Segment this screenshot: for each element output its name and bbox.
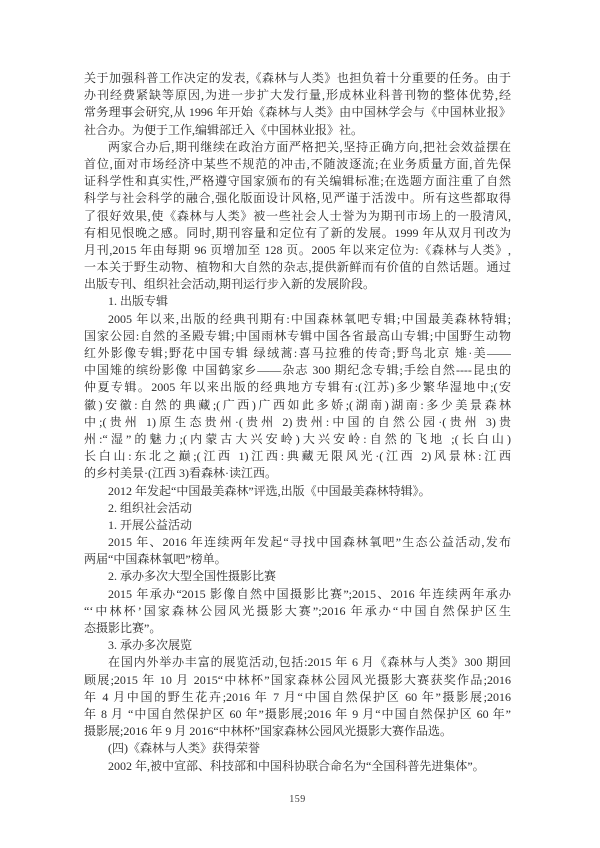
text-line: 州:“湿”的魅力;(内蒙古大兴安岭)大兴安岭:自然的飞地 ;(长白山)	[84, 431, 511, 448]
text-line: (四)《森林与人类》获得荣誉	[84, 740, 511, 757]
text-line: 出版专刊、组织社会活动,期刊运行步入新的发展阶段。	[84, 276, 511, 293]
text-line: 年 8 月 “中国自然保护区 60 年”摄影展;2016 年 9 月“中国自然保…	[84, 706, 511, 723]
text-line: 中国雉的缤纷影像 中国鹤家乡——杂志 300 期纪念专辑;手绘自然----昆虫的	[84, 362, 511, 379]
text-line: 2012 年发起“中国最美森林”评选,出版《中国最美森林特辑》。	[84, 483, 511, 500]
text-line: 一本关于野生动物、植物和大自然的杂志,提供新鲜而有价值的自然话题。通过	[84, 259, 511, 276]
text-line: 2. 承办多次大型全国性摄影比赛	[84, 568, 511, 585]
text-line: 2015 年承办“2015 影像自然中国摄影比赛”;2015、2016 年连续两…	[84, 586, 511, 603]
document-page: 关于加强科普工作决定的发表,《森林与人类》也担负着十分重要的任务。由于办刊经费紧…	[0, 0, 600, 848]
page-footer: 159	[84, 789, 511, 807]
body-text: 关于加强科普工作决定的发表,《森林与人类》也担负着十分重要的任务。由于办刊经费紧…	[84, 70, 511, 775]
text-line: 1. 开展公益活动	[84, 517, 511, 534]
text-line: 红外影像专辑;野花中国专辑 绿绒蒿:喜马拉雅的传奇;野鸟北京 雉·美——	[84, 345, 511, 362]
text-line: 徽)安徽:自然的典藏;(广西)广西如此多娇;(湖南)湖南:多少美景森林	[84, 397, 511, 414]
text-line: “‘中林杯’国家森林公园风光摄影大赛”;2016 年承办“中国自然保护区生	[84, 603, 511, 620]
text-line: 长白山:东北之巅;(江西 1)江西:典藏无限风光·(江西 2)风景林:江西	[84, 448, 511, 465]
text-line: 态摄影比赛”。	[84, 620, 511, 637]
text-line: 有相见恨晚之感。同时,期刊容量和定位有了新的发展。1999 年从双月刊改为	[84, 225, 511, 242]
text-line: 国家公园:自然的圣殿专辑;中国雨林专辑中国各省最高山专辑;中国野生动物	[84, 328, 511, 345]
text-line: 2002 年,被中宣部、科技部和中国科协联合命名为“全国科普先进集体”。	[84, 758, 511, 775]
page-number: 159	[289, 794, 306, 805]
text-line: 1. 出版专辑	[84, 293, 511, 310]
text-line: 2. 组织社会活动	[84, 500, 511, 517]
text-line: 月刊,2015 年由每期 96 页增加至 128 页。2005 年以来定位为:《…	[84, 242, 511, 259]
text-line: 摄影展;2016 年 9 月 2016“中林杯”国家森林公园风光摄影大赛作品选。	[84, 723, 511, 740]
text-line: 关于加强科普工作决定的发表,《森林与人类》也担负着十分重要的任务。由于	[84, 70, 511, 87]
text-line: 2015 年、2016 年连续两年发起“寻找中国森林氧吧”生态公益活动,发布	[84, 534, 511, 551]
text-line: 年 4 月中国的野生花卉;2016 年 7 月“中国自然保护区 60 年”摄影展…	[84, 689, 511, 706]
text-line: 首位,面对市场经济中某些不规范的冲击,不随波逐流;在业务质量方面,首先保	[84, 156, 511, 173]
text-line: 两届“中国森林氧吧”榜单。	[84, 551, 511, 568]
text-line: 证科学性和真实性,严格遵守国家颁布的有关编辑标准;在选题方面注重了自然	[84, 173, 511, 190]
text-line: 了很好效果,使《森林与人类》被一些社会人士誉为为期刊市场上的一股清风,	[84, 208, 511, 225]
text-line: 社合办。为便于工作,编辑部迁入《中国林业报》社。	[84, 122, 511, 139]
text-line: 办刊经费紧缺等原因,为进一步扩大发行量,形成林业科普刊物的整体优势,经	[84, 87, 511, 104]
text-line: 顾展;2015 年 10 月 2015“中林杯”国家森林公园风光摄影大赛获奖作品…	[84, 672, 511, 689]
text-line: 科学与社会科学的融合,强化版面设计风格,见严谨于活泼中。所有这些都取得	[84, 190, 511, 207]
text-line: 仲夏专辑。2005 年以来出版的经典地方专辑有:(江苏)多少繁华湿地中;(安	[84, 379, 511, 396]
text-line: 的乡村美景·(江西 3)看森林·读江西。	[84, 465, 511, 482]
text-line: 3. 承办多次展览	[84, 637, 511, 654]
text-line: 两家合办后,期刊继续在政治方面严格把关,坚持正确方向,把社会效益摆在	[84, 139, 511, 156]
text-line: 中;(贵州 1)原生态贵州·(贵州 2)贵州:中国的自然公园·(贵州 3)贵	[84, 414, 511, 431]
text-line: 常务理事会研究,从 1996 年开始《森林与人类》由中国林学会与《中国林业报》	[84, 104, 511, 121]
text-line: 在国内外举办丰富的展览活动,包括:2015 年 6 月《森林与人类》300 期回	[84, 654, 511, 671]
text-line: 2005 年以来,出版的经典刊期有:中国森林氧吧专辑;中国最美森林特辑;	[84, 311, 511, 328]
